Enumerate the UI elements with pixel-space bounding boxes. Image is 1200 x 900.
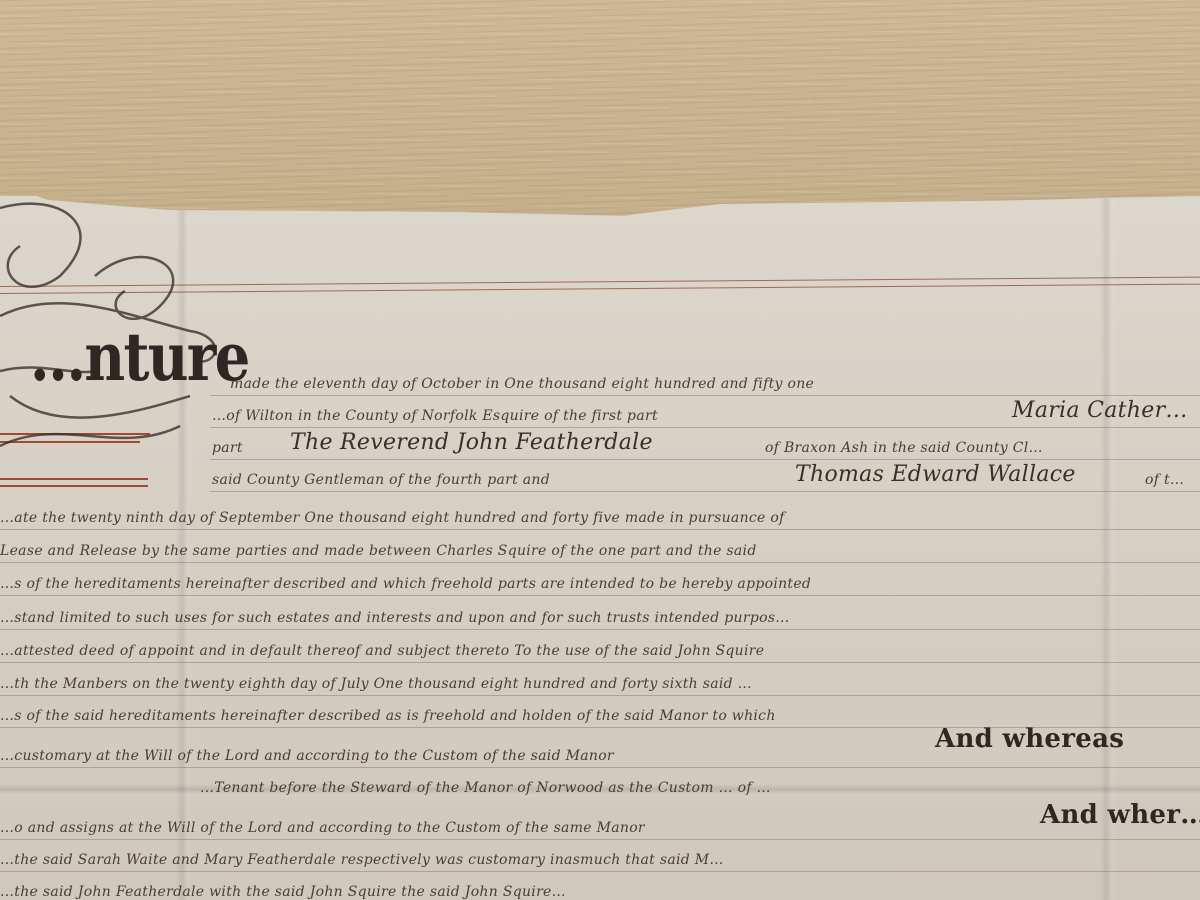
text-line: …of Wilton in the County of Norfolk Esqu… — [212, 408, 658, 424]
text-line: …the said Sarah Waite and Mary Featherda… — [0, 852, 724, 868]
text-line: …attested deed of appoint and in default… — [0, 643, 764, 659]
text-line: …customary at the Will of the Lord and a… — [0, 748, 614, 764]
ruled-line — [0, 839, 1200, 840]
gothic-heading-and-whereas: And whereas — [935, 724, 1124, 754]
text-line: of t… — [1145, 472, 1184, 488]
text-line: …stand limited to such uses for such est… — [0, 610, 790, 626]
party-name: The Reverend John Featherdale — [290, 430, 653, 455]
text-line: …Tenant before the Steward of the Manor … — [200, 780, 771, 796]
text-line: …th the Manbers on the twenty eighth day… — [0, 676, 752, 692]
text-line: …the said John Featherdale with the said… — [0, 884, 566, 900]
ruled-line — [0, 871, 1200, 872]
document-heading: …nture — [30, 318, 249, 396]
ruled-line — [0, 529, 1200, 530]
ruled-line — [210, 459, 1200, 460]
ruled-line — [210, 395, 1200, 396]
text-line: …o and assigns at the Will of the Lord a… — [0, 820, 645, 836]
ruled-line — [0, 629, 1200, 630]
ruled-line — [210, 427, 1200, 428]
text-line: part — [212, 440, 243, 456]
ruled-line — [0, 662, 1200, 663]
party-name: Maria Cather… — [1012, 398, 1188, 423]
text-line: Lease and Release by the same parties an… — [0, 543, 757, 559]
gothic-heading-and-whereas: And wher… — [1040, 800, 1200, 830]
ruled-line — [0, 695, 1200, 696]
party-name: Thomas Edward Wallace — [795, 462, 1076, 487]
text-line: made the eleventh day of October in One … — [230, 376, 814, 392]
ruled-line — [0, 727, 1200, 728]
text-line: …s of the said hereditaments hereinafter… — [0, 708, 776, 724]
ruled-line — [0, 562, 1200, 563]
text-line: …s of the hereditaments hereinafter desc… — [0, 576, 811, 592]
ruled-line — [0, 595, 1200, 596]
ruled-line — [210, 491, 1200, 492]
text-line: of Braxon Ash in the said County Cl… — [765, 440, 1043, 456]
text-line: …ate the twenty ninth day of September O… — [0, 510, 785, 526]
ruled-line — [0, 767, 1200, 768]
text-line: said County Gentleman of the fourth part… — [212, 472, 550, 488]
